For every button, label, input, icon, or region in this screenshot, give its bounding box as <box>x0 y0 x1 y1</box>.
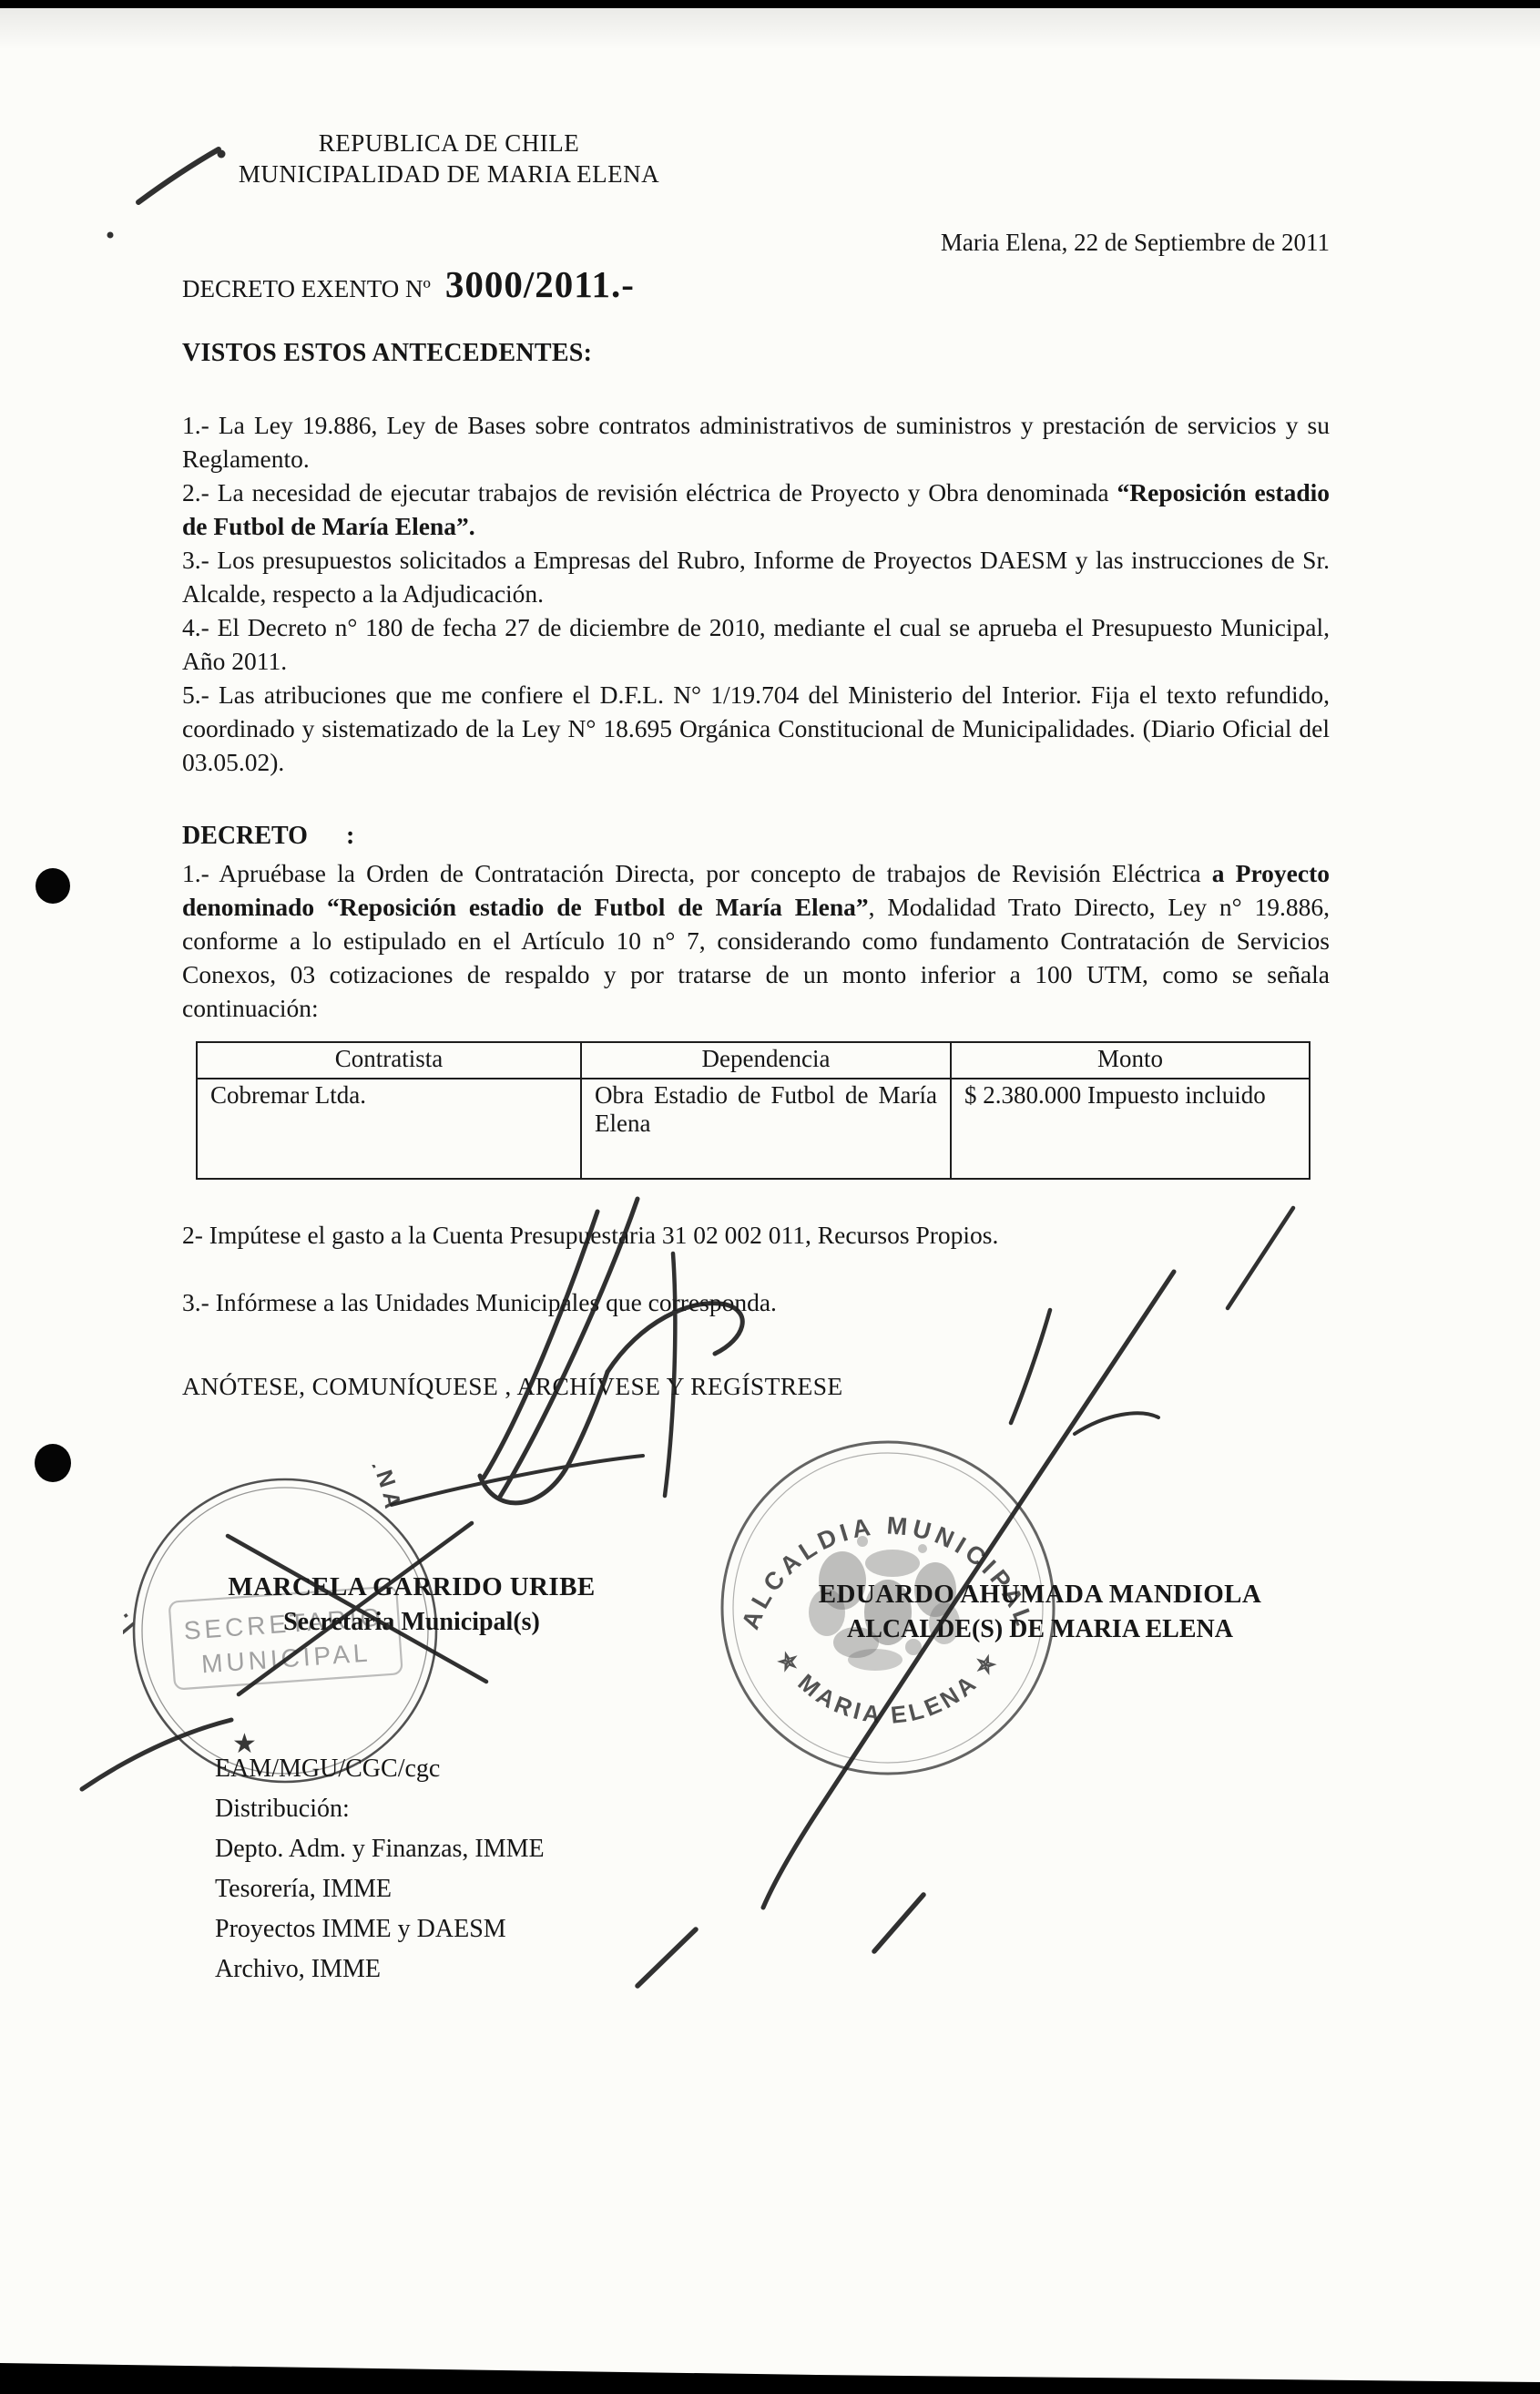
scan-top-edge-artifact <box>0 0 1540 8</box>
quote-table: Contratista Dependencia Monto Cobremar L… <box>196 1041 1311 1180</box>
distribution-item: Archivo, IMME <box>215 1949 545 1990</box>
decreto-item-2: 2- Impútese el gasto a la Cuenta Presupu… <box>182 1221 1330 1250</box>
table-row: Cobremar Ltda. Obra Estadio de Futbol de… <box>197 1079 1310 1179</box>
decreto-item-3: 3.- Infórmese a las Unidades Municipales… <box>182 1288 1330 1317</box>
cell-monto: $ 2.380.000 Impuesto incluido <box>951 1079 1310 1179</box>
svg-text:✯ MARIA ELENA ✯: ✯ MARIA ELENA ✯ <box>771 1645 1005 1729</box>
date-line: Maria Elena, 22 de Septiembre de 2011 <box>182 229 1330 257</box>
distribution-block: EAM/MGU/CGC/cgc Distribución: Depto. Adm… <box>215 1749 545 1990</box>
closing-formula: ANÓTESE, COMUNÍQUESE , ARCHÍVESE Y REGÍS… <box>182 1372 843 1401</box>
decree-number-line: DECRETO EXENTO Nº3000/2011.- <box>182 262 1002 306</box>
signer-name: MARCELA GARRIDO URIBE <box>193 1572 630 1602</box>
antecedente-item: 4.- El Decreto n° 180 de fecha 27 de dic… <box>182 610 1330 678</box>
cell-contratista: Cobremar Ltda. <box>197 1079 581 1179</box>
antecedente-item: 5.- Las atribuciones que me confiere el … <box>182 678 1330 779</box>
signer-title: ALCALDE(S) DE MARIA ELENA <box>784 1615 1296 1644</box>
signature-stroke <box>392 1456 643 1505</box>
signature-stroke <box>1075 1413 1158 1434</box>
stamp-bottom-arc-text: ✯ MARIA ELENA ✯ <box>771 1645 1005 1729</box>
scan-top-shading <box>0 8 1540 50</box>
scan-bottom-edge-artifact <box>0 2350 1540 2394</box>
hole-punch-dot <box>35 1444 71 1482</box>
col-header-monto: Monto <box>951 1042 1310 1079</box>
decree-number: 3000/2011.- <box>445 263 635 305</box>
table-header-row: Contratista Dependencia Monto <box>197 1042 1310 1079</box>
decreto-heading: DECRETO : <box>182 822 354 851</box>
distribution-item: Tesorería, IMME <box>215 1869 545 1909</box>
signer-title: Secretaria Municipal(s) <box>193 1608 630 1637</box>
distribution-item: Proyectos IMME y DAESM <box>215 1909 545 1949</box>
signature-block-secretaria: MARCELA GARRIDO URIBE Secretaria Municip… <box>193 1572 630 1637</box>
letterhead-municipality: MUNICIPALIDAD DE MARIA ELENA <box>221 159 677 189</box>
antecedente-item: 1.- La Ley 19.886, Ley de Bases sobre co… <box>182 408 1330 476</box>
signature-stroke <box>484 1212 597 1478</box>
scanned-decree-page: REPUBLICA DE CHILE MUNICIPALIDAD DE MARI… <box>0 0 1540 2394</box>
initials-line: EAM/MGU/CGC/cgc <box>215 1749 545 1789</box>
decree-label: DECRETO EXENTO Nº <box>182 275 431 302</box>
hole-punch-dot <box>36 868 70 904</box>
antecedentes-list: 1.- La Ley 19.886, Ley de Bases sobre co… <box>182 408 1330 779</box>
pen-mark <box>138 149 219 202</box>
letterhead-country: REPUBLICA DE CHILE <box>221 128 677 159</box>
distribution-heading: Distribución: <box>215 1789 545 1829</box>
signature-stroke <box>1011 1310 1050 1423</box>
signature-stroke <box>82 1720 231 1789</box>
check-slash <box>874 1895 923 1951</box>
check-slash <box>637 1929 696 1986</box>
signature-block-alcalde: EDUARDO AHUMADA MANDIOLA ALCALDE(S) DE M… <box>784 1580 1296 1644</box>
distribution-item: Depto. Adm. y Finanzas, IMME <box>215 1829 545 1869</box>
letterhead: REPUBLICA DE CHILE MUNICIPALIDAD DE MARI… <box>221 128 677 189</box>
col-header-contratista: Contratista <box>197 1042 581 1079</box>
pen-dot <box>107 232 114 239</box>
stamp-inner-line2: MUNICIPAL <box>200 1638 372 1678</box>
col-header-dependencia: Dependencia <box>581 1042 951 1079</box>
decreto-paragraph: 1.- Apruébase la Orden de Contratación D… <box>182 856 1330 1025</box>
antecedente-item: 3.- Los presupuestos solicitados a Empre… <box>182 543 1330 610</box>
antecedente-item: 2.- La necesidad de ejecutar trabajos de… <box>182 476 1330 543</box>
cell-dependencia: Obra Estadio de Futbol de María Elena <box>581 1079 951 1179</box>
signer-name: EDUARDO AHUMADA MANDIOLA <box>784 1580 1296 1610</box>
vistos-heading: VISTOS ESTOS ANTECEDENTES: <box>182 339 592 368</box>
